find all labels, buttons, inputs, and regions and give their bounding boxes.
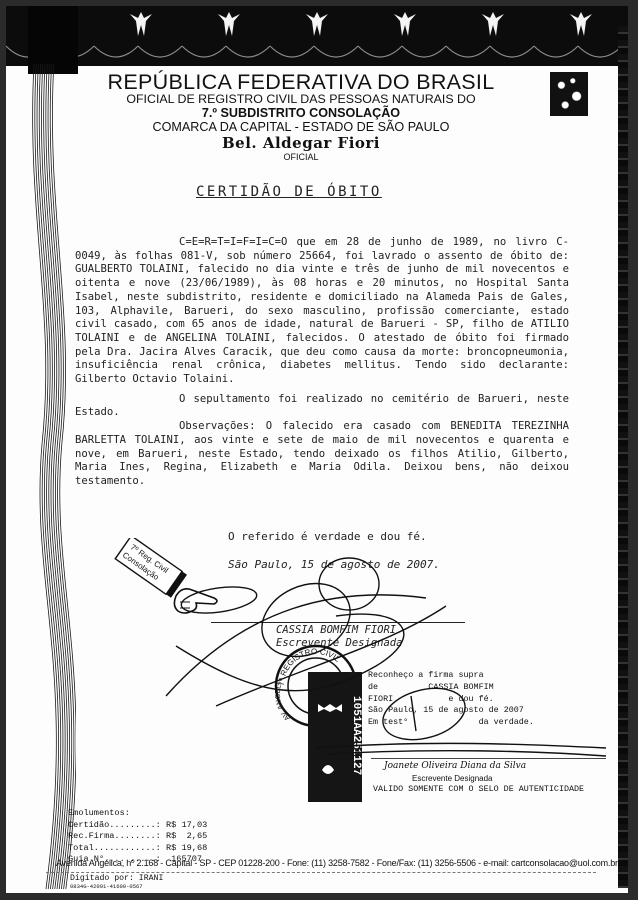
validity-notice: VALIDO SOMENTE COM O SELO DE AUTENTICIDA… <box>373 784 584 794</box>
fee-value: R$ 19,68 <box>166 843 207 853</box>
official-role: OFICIAL <box>76 152 526 162</box>
decorative-banner <box>6 6 628 66</box>
certificate-body: C=E=R=T=I=F=I=C=O que em 28 de junho de … <box>75 236 569 489</box>
jurisdiction-line: COMARCA DA CAPITAL - ESTADO DE SÃO PAULO <box>76 120 526 134</box>
typist: Digitado por: IRANI <box>70 874 163 883</box>
recognition-signer: Joanete Oliveira Diana da Silva <box>384 761 526 771</box>
right-scan-edge <box>618 26 628 888</box>
fee-label: Total............: <box>68 843 161 853</box>
recognition-line: Reconheço a firma supra <box>368 670 484 680</box>
fee-label: Rec.Firma........: <box>68 831 161 841</box>
fee-label: Certidão.........: <box>68 820 161 830</box>
authenticity-seal-icon <box>550 72 588 116</box>
observations-paragraph: Observações: O falecido era casado com B… <box>75 420 569 489</box>
subdistrict-line: 7.º SUBDISTRITO CONSOLAÇÃO <box>76 106 526 120</box>
fee-value: R$ 17,03 <box>166 820 207 830</box>
pointing-hand-stamp-icon: 7º Reg. Civil Consolação <box>114 538 224 618</box>
recognition-signer-role: Escrevente Designada <box>412 774 493 783</box>
rope-border-icon <box>6 64 76 889</box>
document-title: CERTIDÃO DE ÓBITO <box>196 184 382 200</box>
recognition-line: São Paulo, 15 de agosto de 2007 <box>368 705 524 715</box>
place-date-text: São Paulo, 15 de agosto de 2007. <box>228 558 440 571</box>
recognition-line: Em test° da verdade. <box>368 717 534 727</box>
typed-by: Digitado por: IRANI 0834G-42091-41600-05… <box>70 875 163 891</box>
registry-round-stamp-icon: 7º REGISTRO CIVIL AV. ANGELICA 1051AA251… <box>274 642 374 802</box>
office-address: Avenida Angélica, nº 2.168 - Capital - S… <box>56 858 618 868</box>
attestation-text: O referido é verdade e dou fé. <box>228 530 427 543</box>
recognition-line: de CASSIA BOMFIM <box>368 682 494 692</box>
signer-name: CASSIA BOMFIM FIORI <box>276 624 396 636</box>
burial-paragraph: O sepultamento foi realizado no cemitéri… <box>75 393 569 420</box>
document-code: 0834G-42091-41600-0567 <box>70 883 143 890</box>
certificate-page: REPÚBLICA FEDERATIVA DO BRASIL OFICIAL D… <box>6 6 628 893</box>
record-paragraph: C=E=R=T=I=F=I=C=O que em 28 de junho de … <box>75 236 569 387</box>
seal-number: 1051AA251127 <box>350 696 362 775</box>
signature-line <box>211 622 465 623</box>
registry-office-line: OFICIAL DE REGISTRO CIVIL DAS PESSOAS NA… <box>76 92 526 106</box>
fees-title: Emolumentos: <box>68 808 130 818</box>
ornament-stars-icon <box>6 6 628 68</box>
recognition-line: FIORI e dou fé. <box>368 694 494 704</box>
fee-value: R$ 2,65 <box>166 831 207 841</box>
official-name: Bel. Aldegar Fiori <box>76 134 526 152</box>
signature-recognition: Reconheço a firma supra de CASSIA BOMFIM… <box>368 670 534 729</box>
recognition-signature-line <box>371 758 606 759</box>
